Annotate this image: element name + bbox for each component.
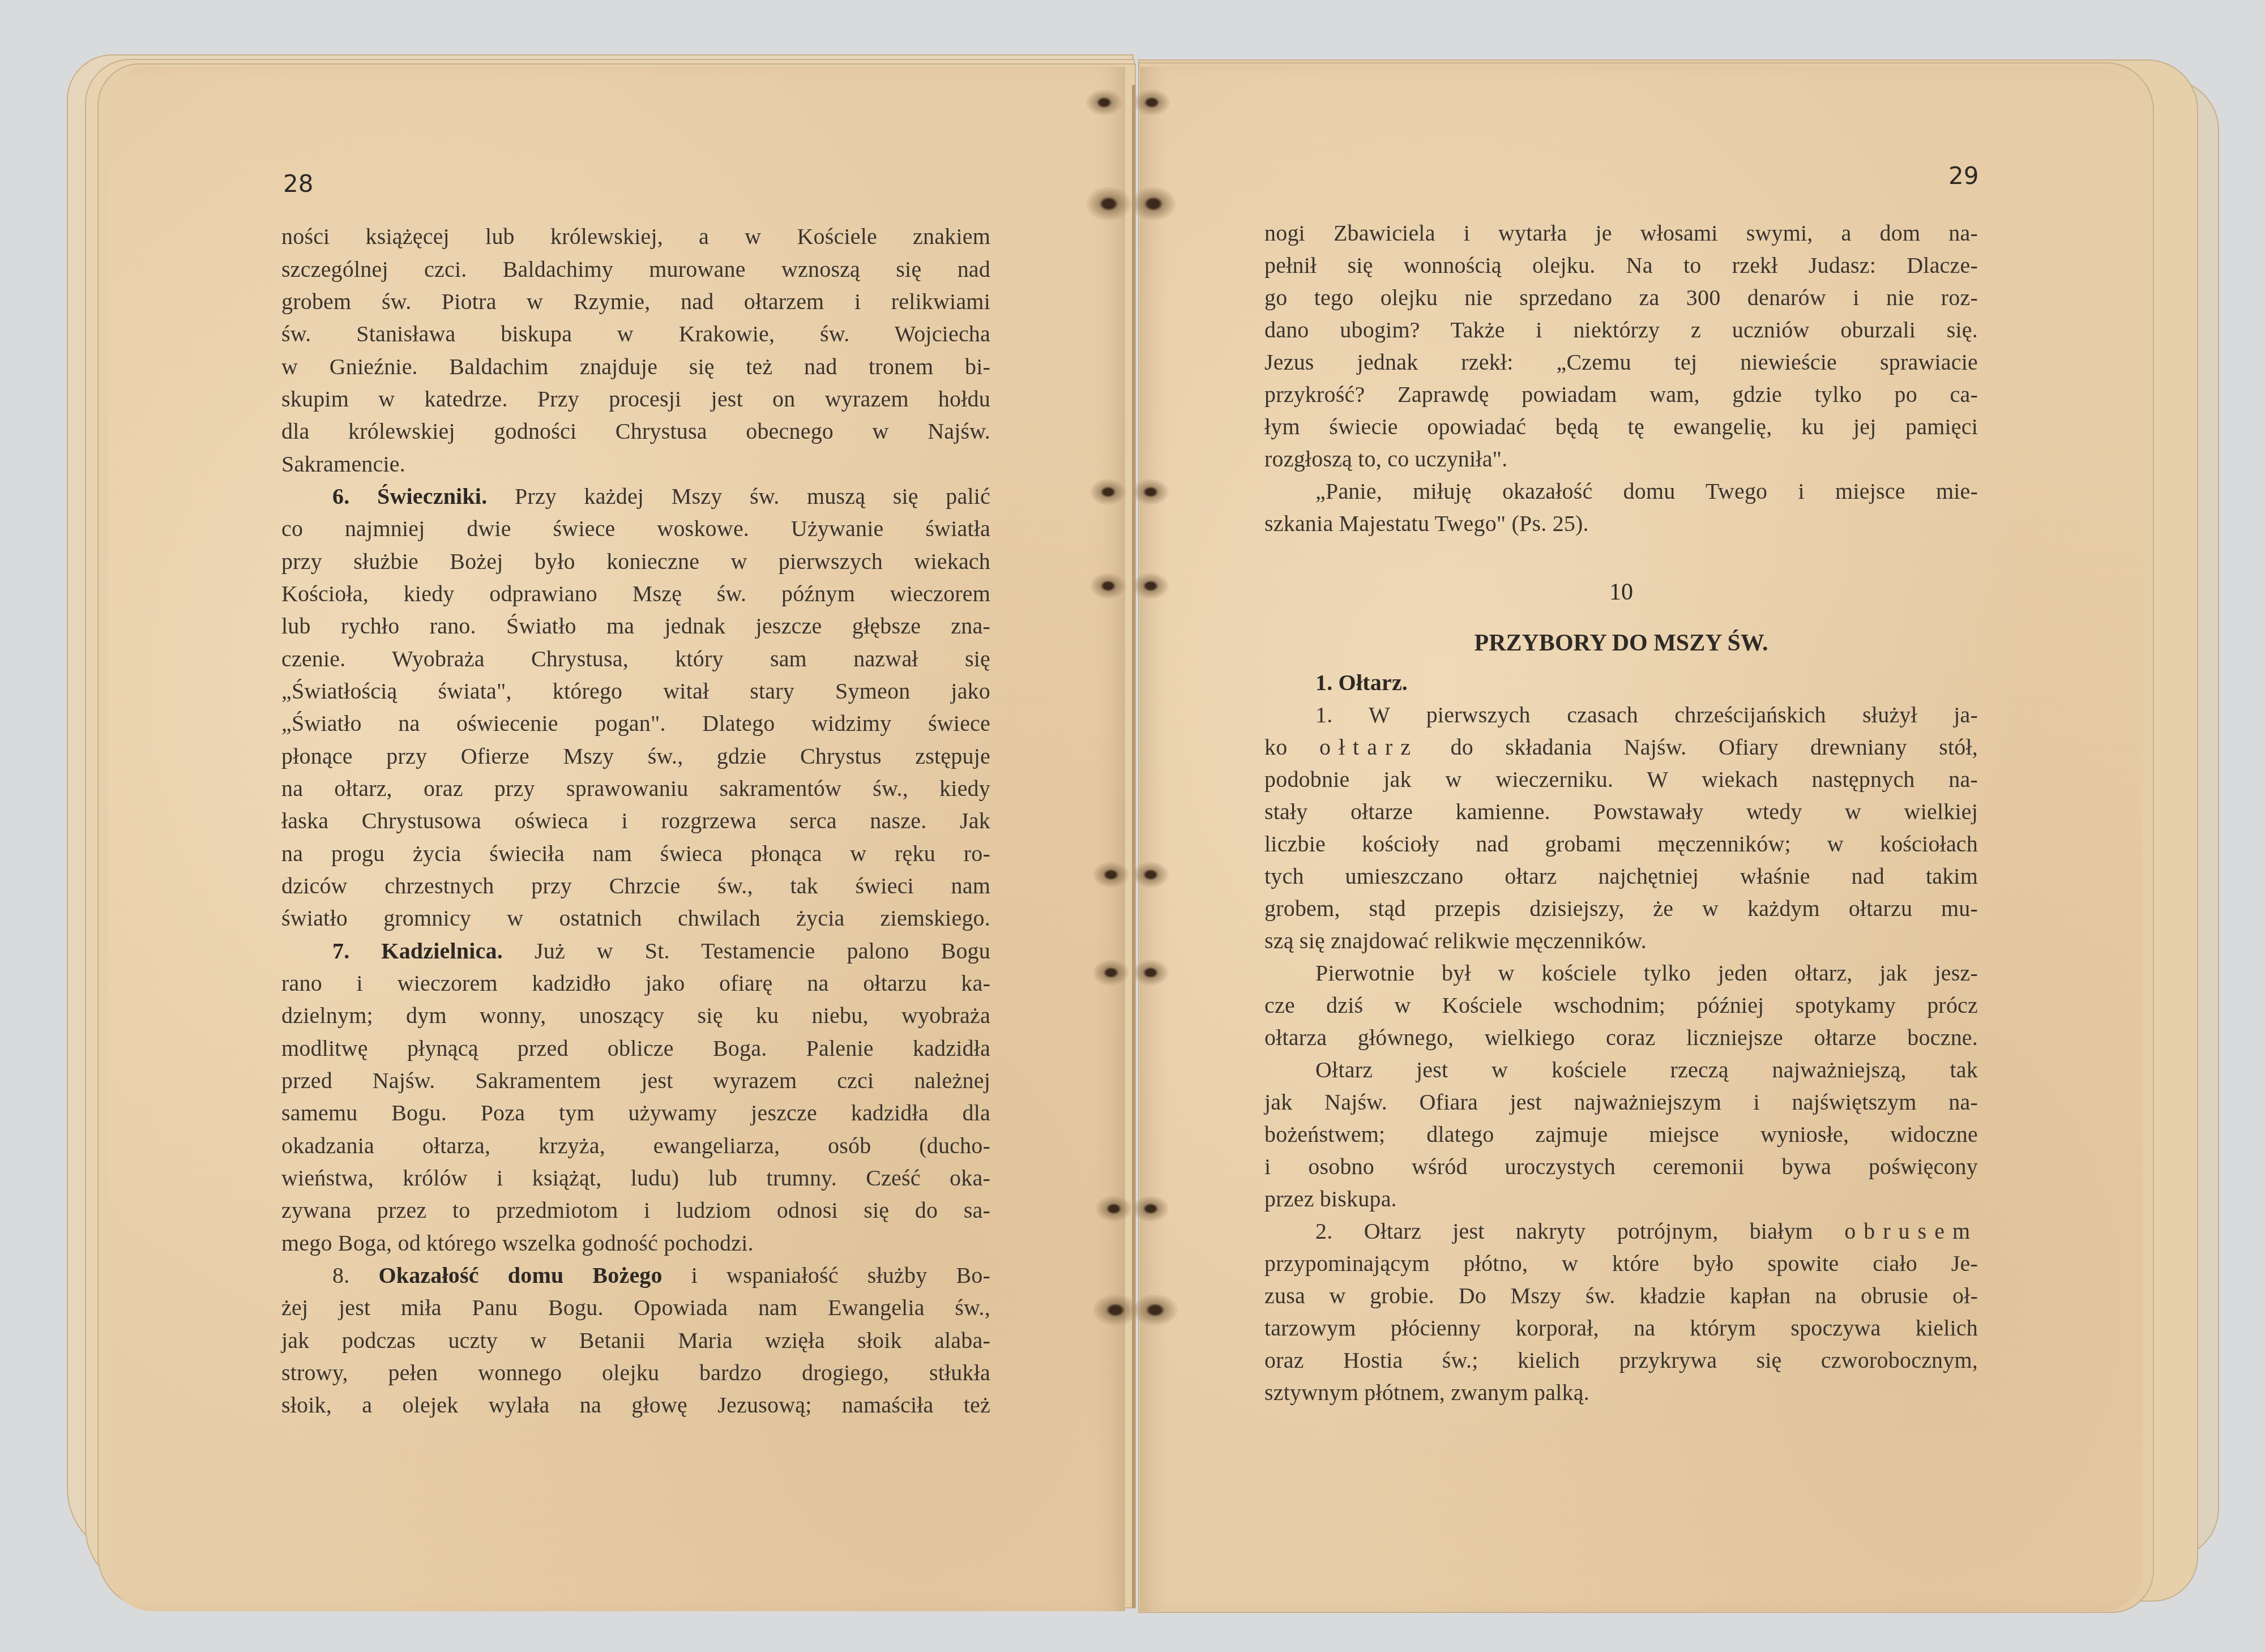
text-line: Kościoła, kiedy odprawiano Mszę św. późn… xyxy=(281,579,990,609)
text-line: jak podczas uczty w Betanii Maria wzięła… xyxy=(281,1326,990,1355)
binding-hole xyxy=(1093,960,1129,986)
text-line: ołtarza głównego, wielkiego coraz liczni… xyxy=(1264,1023,1978,1052)
text-line: słoik, a olejek wylała na głowę Jezusową… xyxy=(281,1390,990,1420)
section-6-line: 6. Świeczniki. Przy każdej Mszy św. musz… xyxy=(281,482,990,511)
psalm-quote-line: „Panie, miłuję okazałość domu Twego i mi… xyxy=(1264,477,1978,506)
section-7-line: 7. Kadzielnica. Już w St. Testamencie pa… xyxy=(281,936,990,966)
text-line: liczbie kościoły nad grobami męczenników… xyxy=(1264,829,1978,859)
text-line: szczególnej czci. Baldachimy murowane wz… xyxy=(281,255,990,284)
binding-hole xyxy=(1131,187,1176,221)
text-line: co najmniej dwie świece woskowe. Używani… xyxy=(281,514,990,543)
book-spine-gutter xyxy=(1132,85,1135,1608)
text-line: przy służbie Bożej było konieczne w pier… xyxy=(281,547,990,576)
text-line: na ołtarz, oraz przy sprawowaniu sakrame… xyxy=(281,774,990,803)
page-number-left: 28 xyxy=(283,170,313,198)
text-line: modlitwę płynącą przed oblicze Boga. Pal… xyxy=(281,1034,990,1063)
text-line: dziców chrzestnych przy Chrzcie św., tak… xyxy=(281,871,990,901)
text-line: ności książęcej lub królewskiej, a w Koś… xyxy=(281,222,990,251)
section-title-kadzielnica: Kadzielnica. xyxy=(381,938,503,964)
section-number: 7. xyxy=(332,938,349,964)
binding-hole xyxy=(1093,862,1129,888)
text-line: i osobno wśród uroczystych ceremonii byw… xyxy=(1264,1152,1978,1182)
text-line: czenie. Wyobraża Chrystusa, który sam na… xyxy=(281,644,990,674)
section-title-swieczniki: Świeczniki. xyxy=(377,483,487,509)
section-title-okazalosc: Okazałość domu Bożego xyxy=(378,1262,662,1288)
text-line: okadzania ołtarza, krzyża, ewangeliarza,… xyxy=(281,1131,990,1161)
psalm-quote-line: szkania Majestatu Twego" (Ps. 25). xyxy=(1264,509,1978,538)
text-line: grobem, stąd przepis dzisiejszy, że w ka… xyxy=(1264,894,1978,923)
text-line: samemu Bogu. Poza tym używamy jeszcze ka… xyxy=(281,1098,990,1128)
text-line: żej jest miła Panu Bogu. Opowiada nam Ew… xyxy=(281,1293,990,1323)
text-line: grobem św. Piotra w Rzymie, nad ołtarzem… xyxy=(281,287,990,316)
text-line: skupim w katedrze. Przy procesji jest on… xyxy=(281,384,990,414)
text-line: Sakramencie. xyxy=(281,450,990,479)
text-line: rozgłoszą to, co uczyniła". xyxy=(1264,444,1978,474)
text-line: tych umieszczano ołtarz najchętniej właś… xyxy=(1264,862,1978,891)
text-line: Pierwotnie był w kościele tylko jeden oł… xyxy=(1264,958,1978,988)
text-line: tarzowym płócienny korporał, na którym s… xyxy=(1264,1313,1978,1343)
text-line: nogi Zbawiciela i wytarła je włosami swy… xyxy=(1264,219,1978,248)
binding-hole xyxy=(1086,89,1122,115)
text-line: lub rychło rano. Światło ma jednak jeszc… xyxy=(281,611,990,641)
binding-hole xyxy=(1132,479,1169,505)
text-line: przed Najśw. Sakramentem jest wyrazem cz… xyxy=(281,1066,990,1095)
text-line: cze dziś w Kościele wschodnim; później s… xyxy=(1264,991,1978,1020)
text-line: dano ubogim? Także i niektórzy z uczniów… xyxy=(1264,315,1978,345)
text-line: pełnił się wonnością olejku. Na to rzekł… xyxy=(1264,251,1978,280)
text-line: podobnie jak w wieczerniku. W wiekach na… xyxy=(1264,765,1978,794)
text-line: mego Boga, od którego wszelka godność po… xyxy=(281,1229,990,1258)
text-line: dzielnym; dym wonny, unoszący się ku nie… xyxy=(281,1001,990,1030)
spaced-term-oltarz: ołtarz xyxy=(1319,734,1418,760)
subsection-title-oltarz: 1. Ołtarz. xyxy=(1264,668,1978,697)
binding-hole xyxy=(1132,1196,1169,1222)
text-line: „Światło na oświecenie pogan". Dlatego w… xyxy=(281,709,990,738)
text-line: przypominającym płótno, w które było spo… xyxy=(1264,1249,1978,1278)
text-line: w Gnieźnie. Baldachim znajduje się też n… xyxy=(281,352,990,382)
text-line: oraz Hostia św.; kielich przykrywa się c… xyxy=(1264,1346,1978,1375)
text-line: św. Stanisława biskupa w Krakowie, św. W… xyxy=(281,319,990,349)
text-line: Ołtarz jest w kościele rzeczą najważniej… xyxy=(1264,1055,1978,1085)
section-number: 8. xyxy=(332,1262,349,1288)
text-line: go tego olejku nie sprzedano za 300 dena… xyxy=(1264,283,1978,313)
binding-hole xyxy=(1132,862,1169,888)
text-line: „Światłością świata", którego witał star… xyxy=(281,677,990,706)
binding-hole xyxy=(1134,89,1170,115)
text-line: jak Najśw. Ofiara jest najważniejszym i … xyxy=(1264,1088,1978,1117)
chapter-title: PRZYBORY DO MSZY ŚW. xyxy=(1264,630,1978,657)
text-line: zywana przez to przedmiotom i ludziom od… xyxy=(281,1196,990,1225)
binding-hole xyxy=(1093,1294,1138,1326)
section-8-line: 8. Okazałość domu Bożego i wspaniałość s… xyxy=(281,1261,990,1290)
text-line: sztywnym płótnem, zwanym palką. xyxy=(1264,1378,1978,1407)
text-line: stały ołtarze kamienne. Powstawały wtedy… xyxy=(1264,797,1978,827)
binding-hole xyxy=(1132,1294,1178,1326)
text-line: łym świecie opowiadać będą tę ewangelię,… xyxy=(1264,412,1978,442)
text-line: strowy, pełen wonnego olejku bardzo drog… xyxy=(281,1358,990,1388)
text-line: światło gromnicy w ostatnich chwilach ży… xyxy=(281,904,990,933)
text-line: łaska Chrystusowa oświeca i rozgrzewa se… xyxy=(281,806,990,836)
binding-hole xyxy=(1086,187,1131,221)
text-line: Jezus jednak rzekł: „Czemu tej niewieści… xyxy=(1264,348,1978,377)
text-line: przez biskupa. xyxy=(1264,1184,1978,1214)
text-line: wieństwa, królów i książąt, ludu) lub tr… xyxy=(281,1163,990,1193)
text-line: przykrość? Zaprawdę powiadam wam, gdzie … xyxy=(1264,380,1978,409)
text-line: 1. W pierwszych czasach chrześcijańskich… xyxy=(1264,700,1978,730)
text-line: ko ołtarz do składania Najśw. Ofiary dre… xyxy=(1264,733,1978,762)
text-line: 2. Ołtarz jest nakryty potrójnym, białym… xyxy=(1264,1217,1978,1246)
binding-hole xyxy=(1132,573,1169,599)
text-line: na progu życia świeciła nam świeca płoną… xyxy=(281,839,990,868)
binding-hole xyxy=(1132,960,1169,986)
text-line: szą się znajdować relikwie męczenników. xyxy=(1264,926,1978,956)
binding-hole xyxy=(1090,479,1126,505)
chapter-number: 10 xyxy=(1264,579,1978,606)
page-number-right: 29 xyxy=(1948,162,1978,190)
text-line: rano i wieczorem kadzidło jako ofiarę na… xyxy=(281,969,990,998)
section-number: 6. xyxy=(332,483,349,509)
text-line: bożeństwem; dlatego zajmuje miejsce wyni… xyxy=(1264,1120,1978,1149)
text-line: płonące przy Ofierze Mszy św., gdzie Chr… xyxy=(281,742,990,771)
text-line: dla królewskiej godności Chrystusa obecn… xyxy=(281,417,990,446)
spaced-term-obrusem: obrusem xyxy=(1844,1218,1978,1244)
text-line: zusa w grobie. Do Mszy św. kładzie kapła… xyxy=(1264,1281,1978,1311)
binding-hole xyxy=(1096,1196,1132,1222)
binding-hole xyxy=(1090,573,1126,599)
